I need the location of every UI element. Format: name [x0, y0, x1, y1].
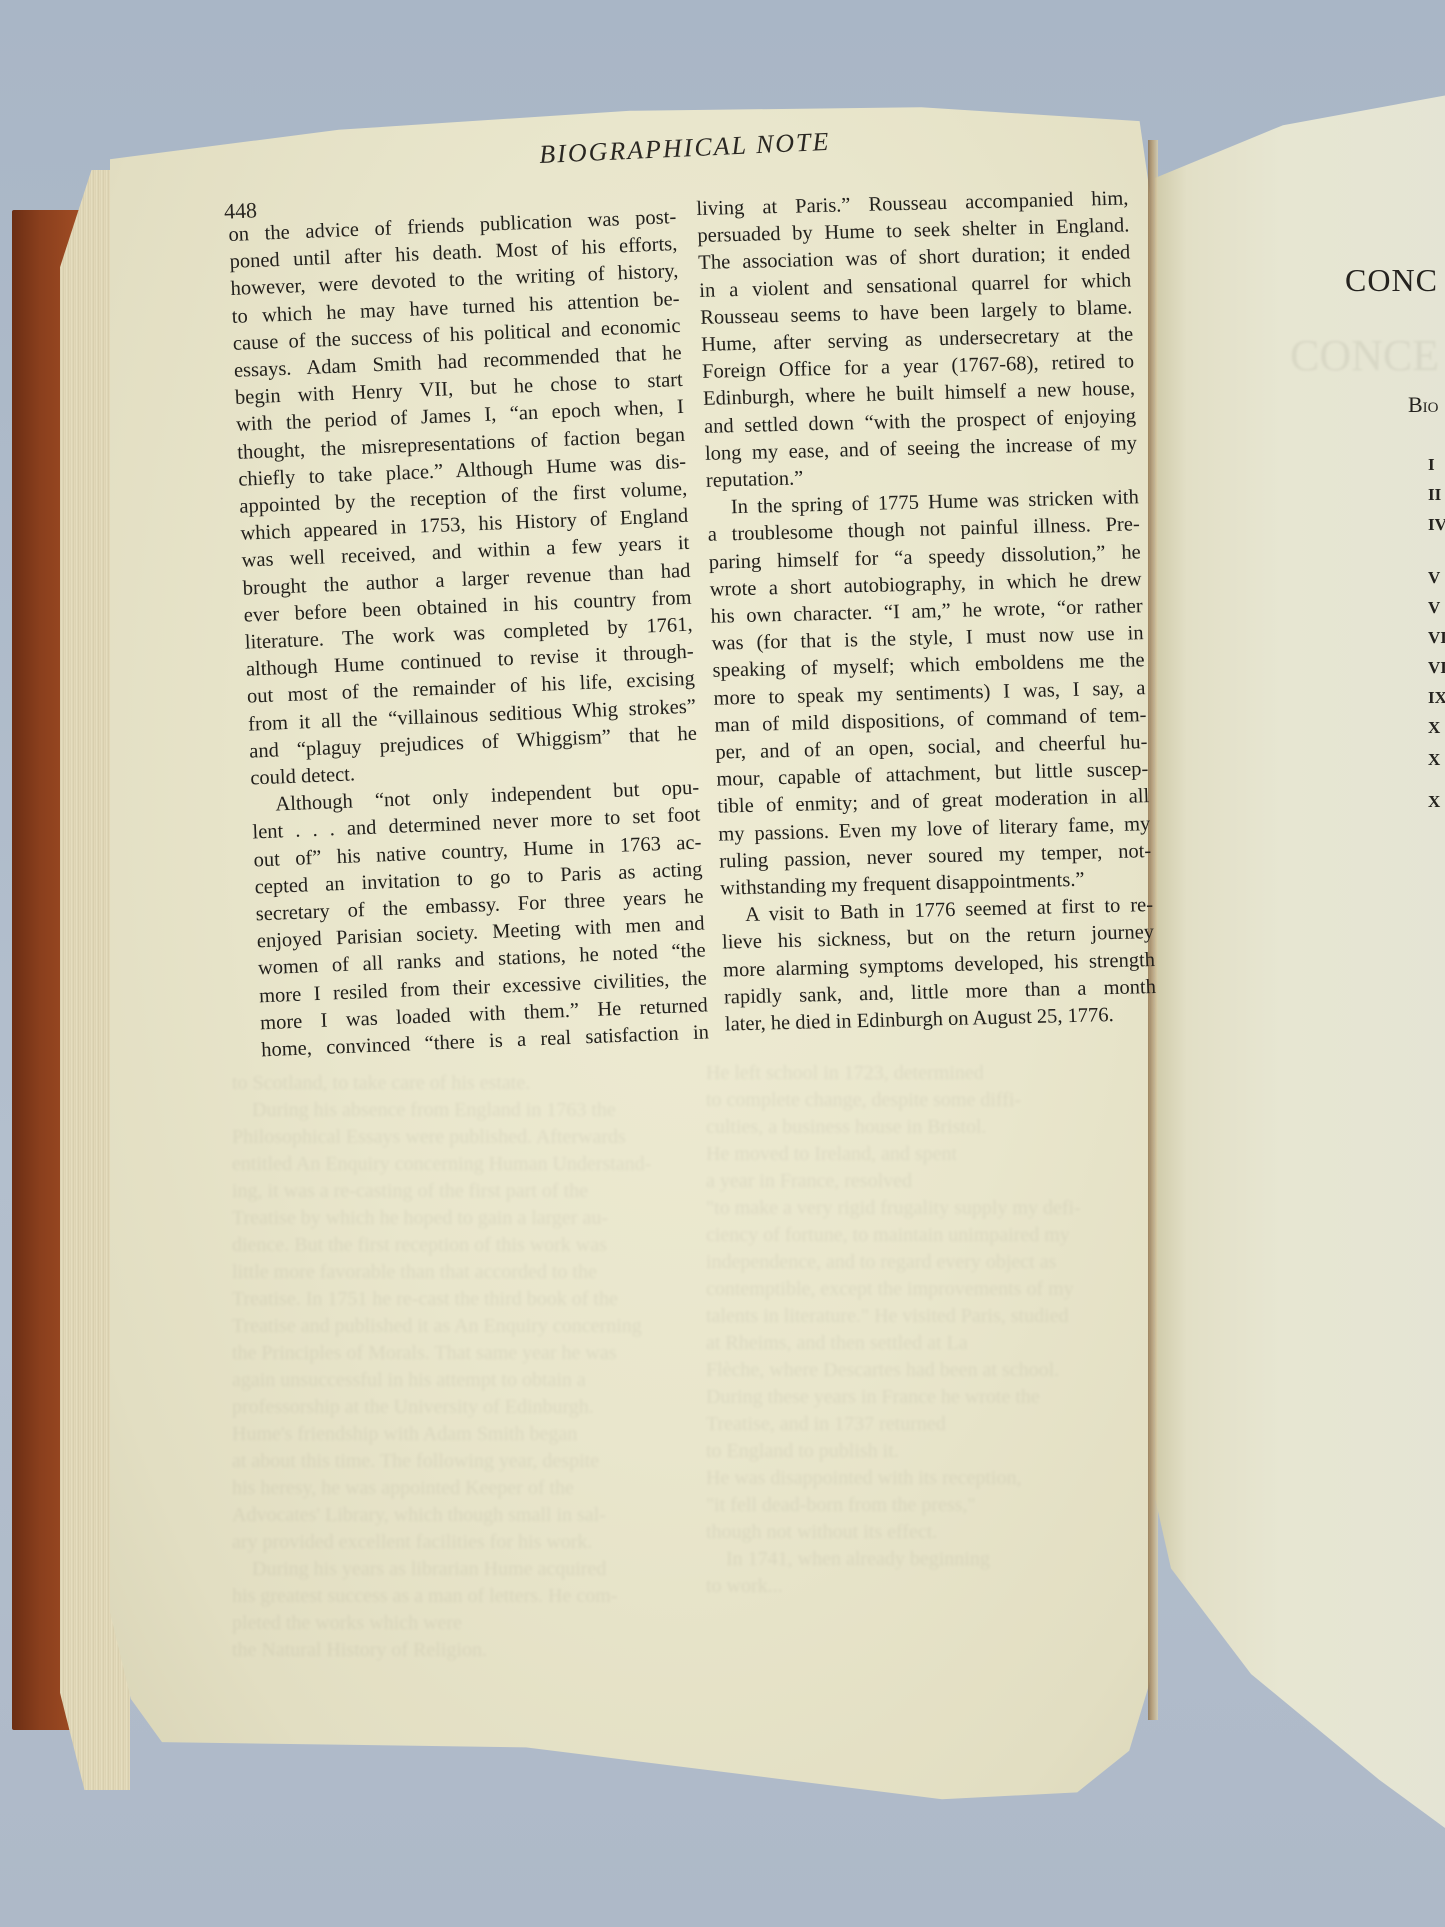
toc-numeral: II [1428, 485, 1441, 505]
show-through-heading: CONCE [1290, 330, 1439, 381]
left-text-column: on the advice of friends publication was… [228, 204, 709, 1065]
toc-numeral: X [1428, 792, 1440, 812]
toc-numeral: IV [1428, 515, 1445, 535]
facing-page-title: CONC [1345, 262, 1438, 299]
right-text-column: living at Paris.” Rousseau accompanied h… [696, 185, 1157, 1038]
toc-numeral: IX [1428, 688, 1445, 708]
toc-numeral: VI [1428, 628, 1445, 648]
toc-numeral: VII [1428, 658, 1445, 678]
toc-numeral: X [1428, 750, 1440, 770]
toc-numeral: I [1428, 455, 1435, 475]
facing-page-subtitle: Bio [1408, 392, 1439, 418]
toc-numeral: V [1428, 568, 1440, 588]
toc-numeral: X [1428, 718, 1440, 738]
toc-numeral: V [1428, 598, 1440, 618]
